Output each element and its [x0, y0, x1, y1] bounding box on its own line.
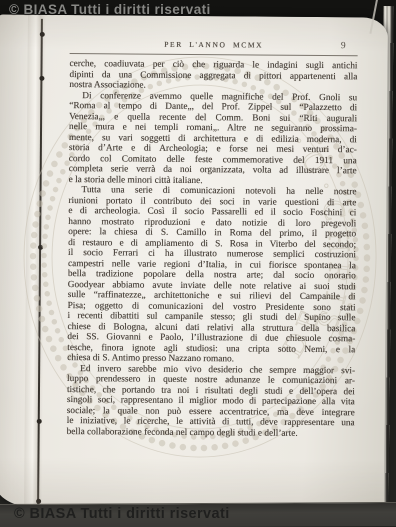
paragraph: Di conferenze avemmo quelle magnifiche d… [69, 91, 358, 188]
text-line-content: chiesa di S. Antimo presso Nazzano roman… [67, 353, 234, 364]
paragraph: cerche, coadiuvata per ciò che riguarda … [69, 59, 357, 93]
paragraph: Ed invero sarebbe mio vivo desiderio che… [67, 364, 356, 440]
text-line-content: bella collaborazione feconda nel campo d… [67, 427, 298, 439]
paragraph: Tutta una serie di comunicazioni notevol… [67, 185, 356, 366]
page-number: 9 [341, 41, 346, 51]
page-body: cerche, coadiuvata per ciò che riguarda … [67, 59, 358, 439]
watermark-bottom: © BIASA Tutti i diritti riservati [14, 506, 230, 522]
text-line-content: e la storia delle minori città italiane. [69, 175, 203, 186]
running-title: PER L'ANNO MCMX [70, 39, 358, 50]
text-line-content: nostra Associazione. [69, 80, 146, 91]
scanned-book-photo: ·O·CHRIS DE PER L'ANNO MCMX 9 cerche, co… [0, 0, 396, 527]
page-header: PER L'ANNO MCMX 9 [70, 39, 358, 53]
book-page: ·O·CHRIS DE PER L'ANNO MCMX 9 cerche, co… [0, 14, 388, 509]
watermark-top: © BIASA Tutti i diritti riservati [9, 2, 211, 17]
